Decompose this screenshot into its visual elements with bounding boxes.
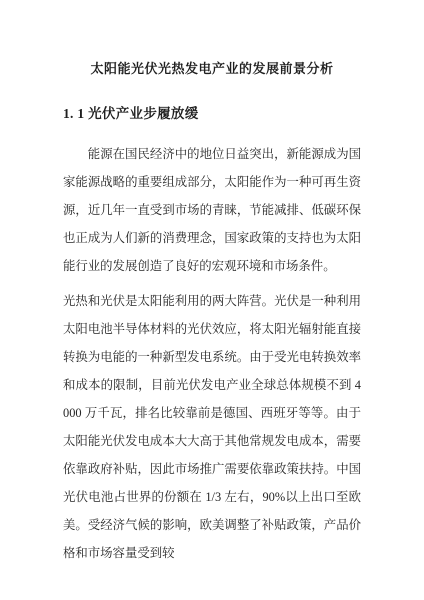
document-title: 太阳能光伏光热发电产业的发展前景分析 (63, 59, 361, 79)
paragraph-1: 能源在国民经济中的地位日益突出，新能源成为国家能源战略的重要组成部分，太阳能作为… (63, 140, 361, 280)
document-page: 太阳能光伏光热发电产业的发展前景分析 1. 1 光伏产业步履放缓 能源在国民经济… (0, 0, 424, 600)
section-heading: 1. 1 光伏产业步履放缓 (63, 105, 361, 123)
paragraph-2: 光热和光伏是太阳能利用的两大阵营。光伏是一种利用太阳电池半导体材料的光伏效应，将… (63, 287, 361, 567)
